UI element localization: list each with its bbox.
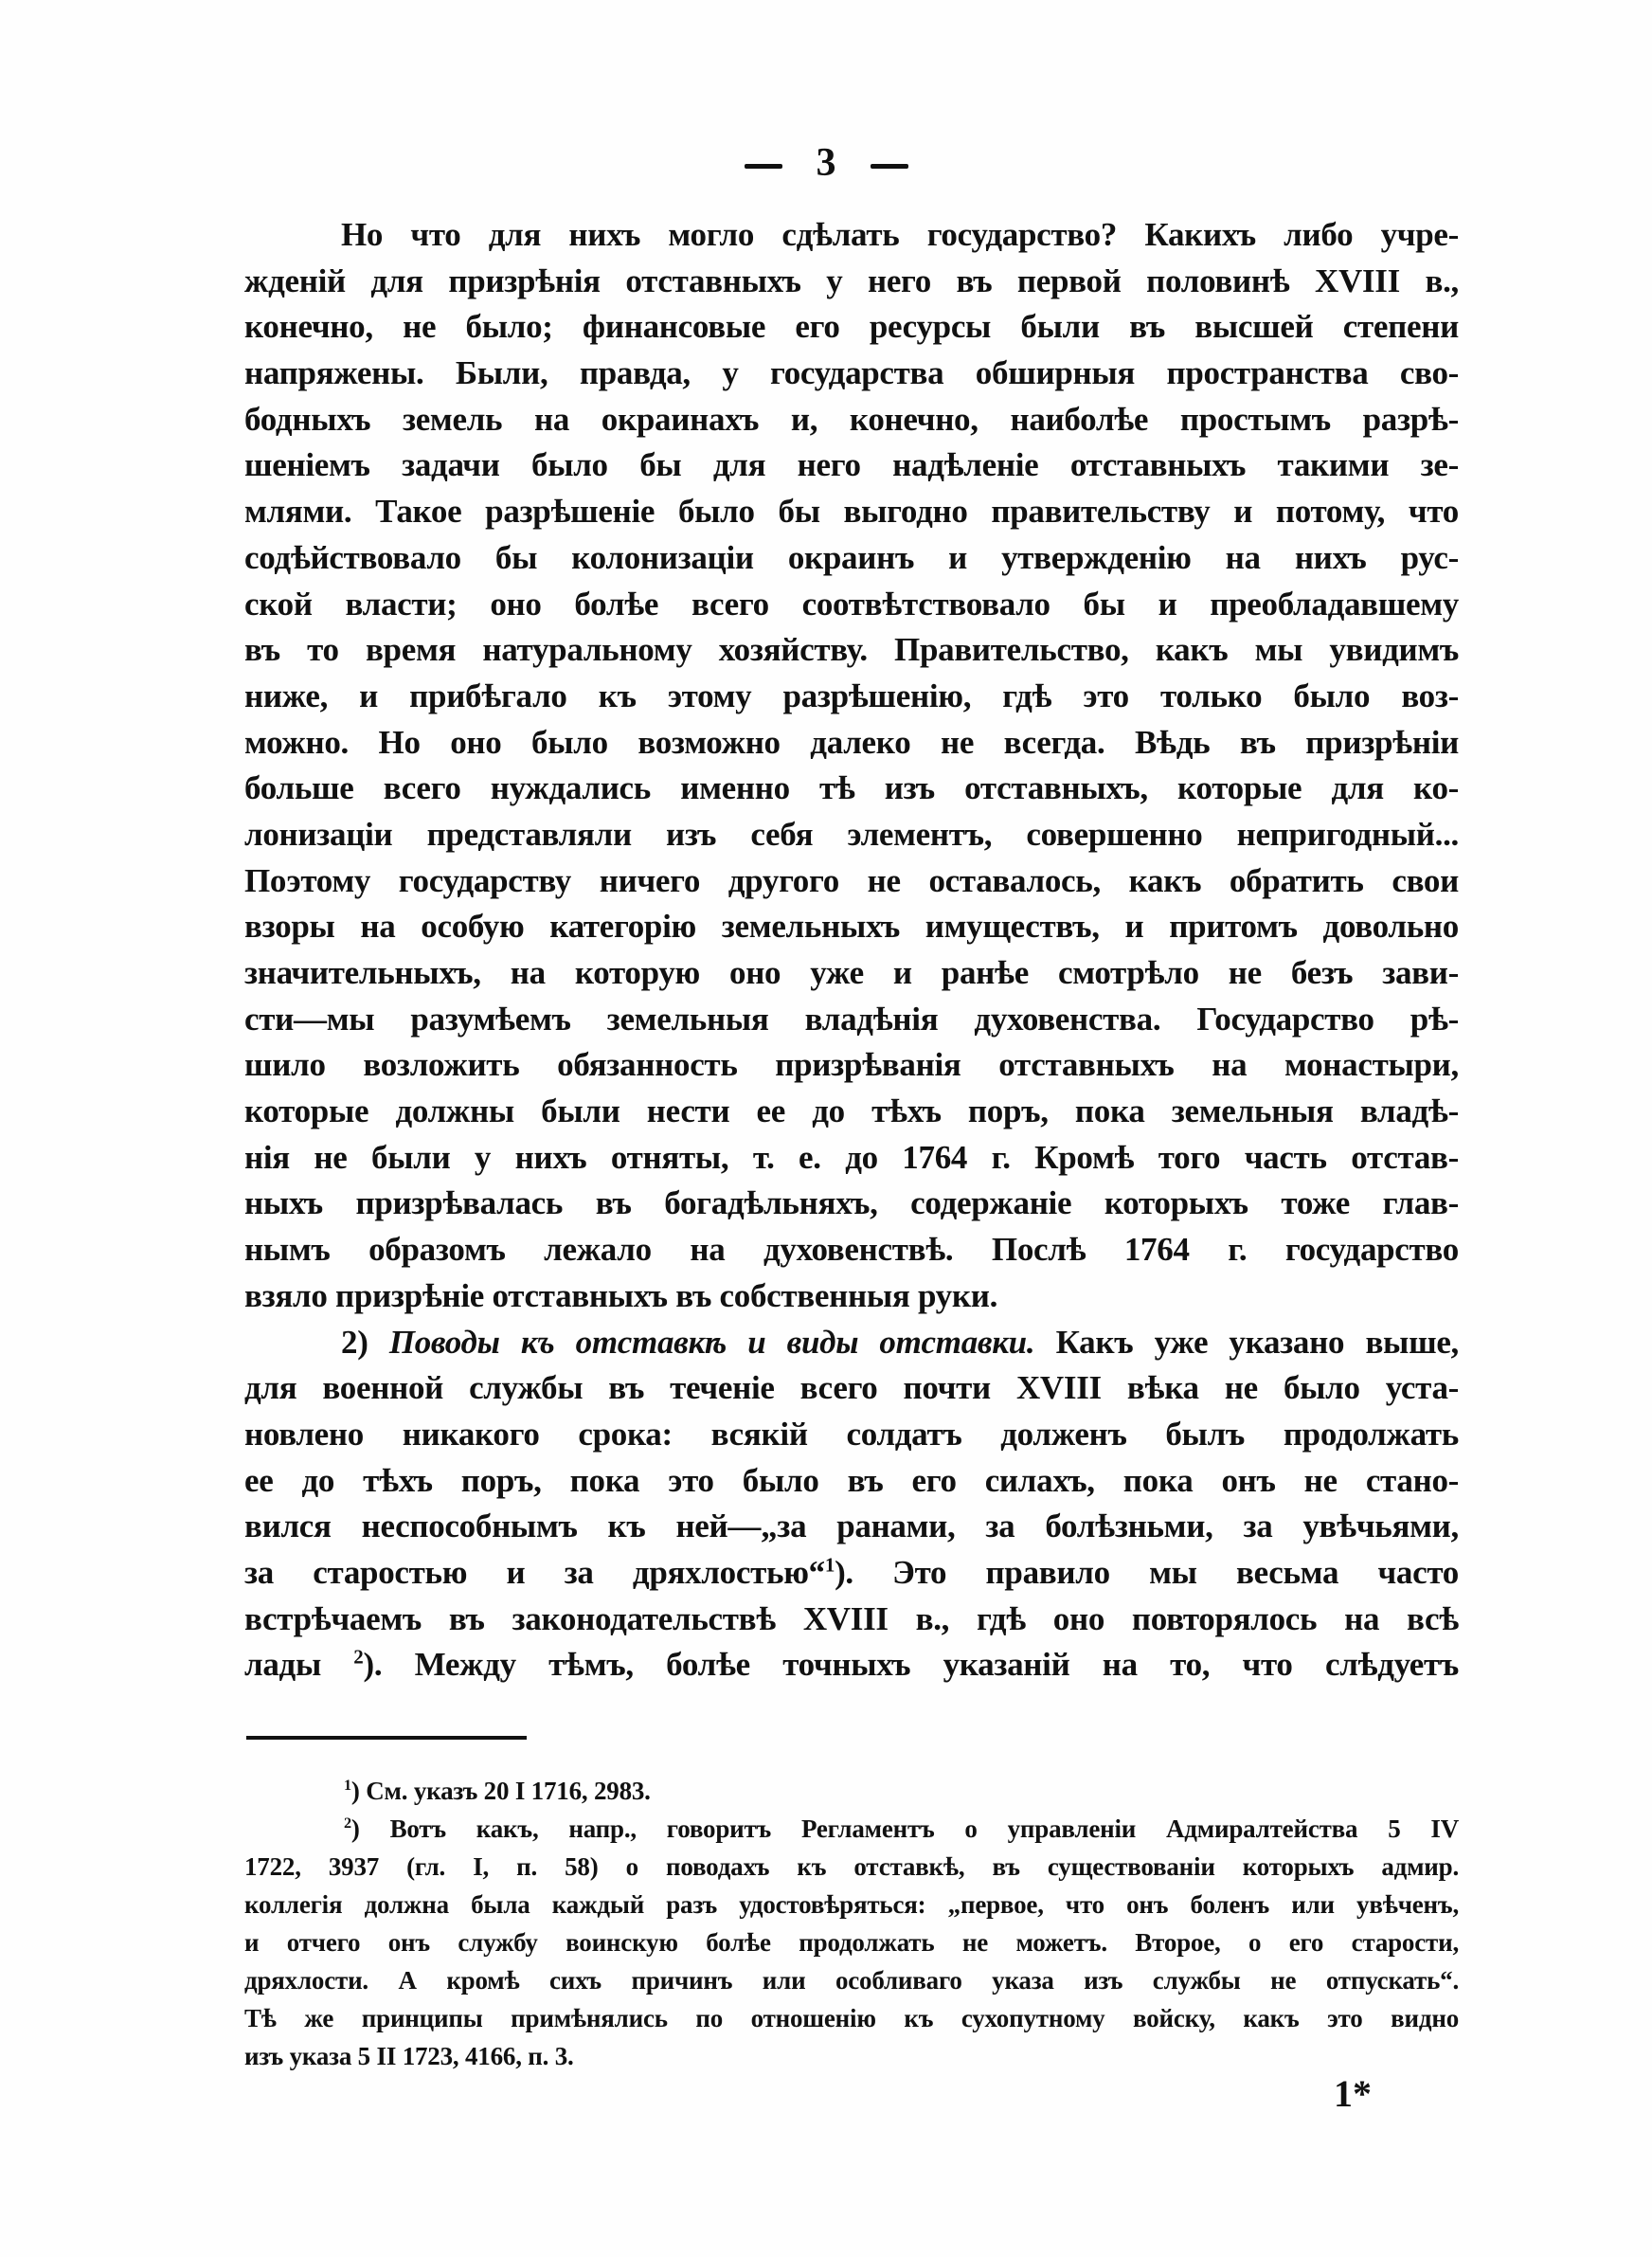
signature-mark: 1*	[1334, 2071, 1372, 2116]
footnote-marker-2: 2	[344, 1815, 351, 1832]
text-line-with-footnote-ref: лады 2). Между тѣмъ, болѣе точныхъ указа…	[244, 1642, 1459, 1688]
text-line: взяло призрѣніе отставныхъ въ собственны…	[244, 1273, 1459, 1320]
footnote-text: ) См. указъ 20 I 1716, 2983.	[351, 1777, 651, 1805]
footnote-2-line: дряхлости. А кромѣ сихъ причинъ или особ…	[244, 1961, 1459, 1999]
text-line: новлено никакого срока: всякій солдатъ д…	[244, 1412, 1459, 1458]
text-line: ской власти; оно болѣе всего соотвѣтство…	[244, 582, 1459, 628]
section-heading: Поводы къ отставкѣ и виды отставки.	[389, 1324, 1035, 1361]
footnote-2-line: коллегія должна была каждый разъ удостов…	[244, 1886, 1459, 1923]
text-line: нымъ образомъ лежало на духовенствѣ. Пос…	[244, 1227, 1459, 1273]
dash-left	[745, 164, 782, 169]
paragraph-2-first-line: 2) Поводы къ отставкѣ и виды отставки. К…	[244, 1320, 1459, 1366]
text-fragment: ). Это правило мы весьма часто	[835, 1554, 1459, 1591]
footnote-ref-1[interactable]: 1	[825, 1553, 835, 1576]
text-line: значительныхъ, на которую оно уже и ранѣ…	[244, 950, 1459, 997]
book-page: 3 Но что для нихъ могло сдѣлать государс…	[0, 0, 1652, 2257]
text-line: напряжены. Были, правда, у государства о…	[244, 351, 1459, 397]
text-line: ее до тѣхъ поръ, пока это было въ его си…	[244, 1458, 1459, 1505]
footnote-ref-2[interactable]: 2	[353, 1646, 363, 1669]
text-line: нія не были у нихъ отняты, т. е. до 1764…	[244, 1135, 1459, 1182]
paragraph-1: Но что для нихъ могло сдѣлать государств…	[244, 212, 1459, 1320]
body-text: Но что для нихъ могло сдѣлать государств…	[244, 212, 1459, 1688]
text-line: лонизаціи представляли изъ себя элементъ…	[244, 812, 1459, 858]
text-line: ниже, и прибѣгало къ этому разрѣшенію, г…	[244, 674, 1459, 720]
text-line: взоры на особую категорію земельныхъ иму…	[244, 904, 1459, 950]
footnote-2-line: 1722, 3937 (гл. I, п. 58) о поводахъ къ …	[244, 1848, 1459, 1886]
text-fragment: лады	[244, 1646, 321, 1683]
footnote-2-line: Тѣ же принципы примѣнялись по отношенію …	[244, 1999, 1459, 2037]
text-line: для военной службы въ теченіе всего почт…	[244, 1365, 1459, 1412]
text-line: шеніемъ задачи было бы для него надѣлені…	[244, 442, 1459, 489]
text-line: можно. Но оно было возможно далеко не вс…	[244, 720, 1459, 767]
footnote-marker-1: 1	[344, 1777, 351, 1794]
text-line: содѣйствовало бы колонизаціи окраинъ и у…	[244, 535, 1459, 582]
text-line: жденій для призрѣнія отставныхъ у него в…	[244, 259, 1459, 305]
text-fragment: за старостью и за дряхлостью“	[244, 1554, 825, 1591]
footnote-divider	[246, 1736, 527, 1740]
text-line: сти—мы разумѣемъ земельныя владѣнія духо…	[244, 997, 1459, 1043]
text-line: встрѣчаемъ въ законодательствѣ XVIII в.,…	[244, 1597, 1459, 1643]
text-line: млями. Такое разрѣшеніе было бы выгодно …	[244, 489, 1459, 535]
footnote-1: 1) См. указъ 20 I 1716, 2983.	[244, 1772, 1459, 1810]
footnote-2-line: и отчего онъ службу воинскую болѣе продо…	[244, 1923, 1459, 1961]
text-line: ныхъ призрѣвалась въ богадѣльняхъ, содер…	[244, 1181, 1459, 1227]
text-line: Но что для нихъ могло сдѣлать государств…	[244, 212, 1459, 259]
footnote-2-line: изъ указа 5 II 1723, 4166, п. 3.	[244, 2037, 1459, 2075]
dash-right	[871, 164, 908, 169]
footnotes: 1) См. указъ 20 I 1716, 2983. 2) Вотъ ка…	[244, 1772, 1459, 2075]
paragraph-2: 2) Поводы къ отставкѣ и виды отставки. К…	[244, 1320, 1459, 1689]
text-line: которые должны были нести ее до тѣхъ пор…	[244, 1089, 1459, 1135]
text-fragment: ). Между тѣмъ, болѣе точныхъ указаній на…	[364, 1646, 1460, 1683]
page-number: 3	[0, 140, 1652, 186]
text-line: конечно, не было; финансовые его ресурсы…	[244, 304, 1459, 351]
text-line: Поэтому государству ничего другого не ос…	[244, 858, 1459, 905]
footnote-text: ) Вотъ какъ, напр., говоритъ Регламентъ …	[351, 1815, 1459, 1843]
text-line: бодныхъ земель на окраинахъ и, конечно, …	[244, 397, 1459, 443]
text-line-with-footnote-ref: за старостью и за дряхлостью“1). Это пра…	[244, 1550, 1459, 1597]
text-line: въ то время натуральному хозяйству. Прав…	[244, 627, 1459, 674]
text-fragment: Какъ уже указано выше,	[1056, 1324, 1459, 1361]
footnote-2-line: 2) Вотъ какъ, напр., говоритъ Регламентъ…	[244, 1810, 1459, 1848]
text-line: вился неспособнымъ къ ней—„за ранами, за…	[244, 1504, 1459, 1550]
page-number-value: 3	[817, 141, 836, 185]
section-number: 2)	[341, 1324, 368, 1361]
text-line: больше всего нуждались именно тѣ изъ отс…	[244, 766, 1459, 812]
text-line: шило возложить обязанность призрѣванія о…	[244, 1042, 1459, 1089]
